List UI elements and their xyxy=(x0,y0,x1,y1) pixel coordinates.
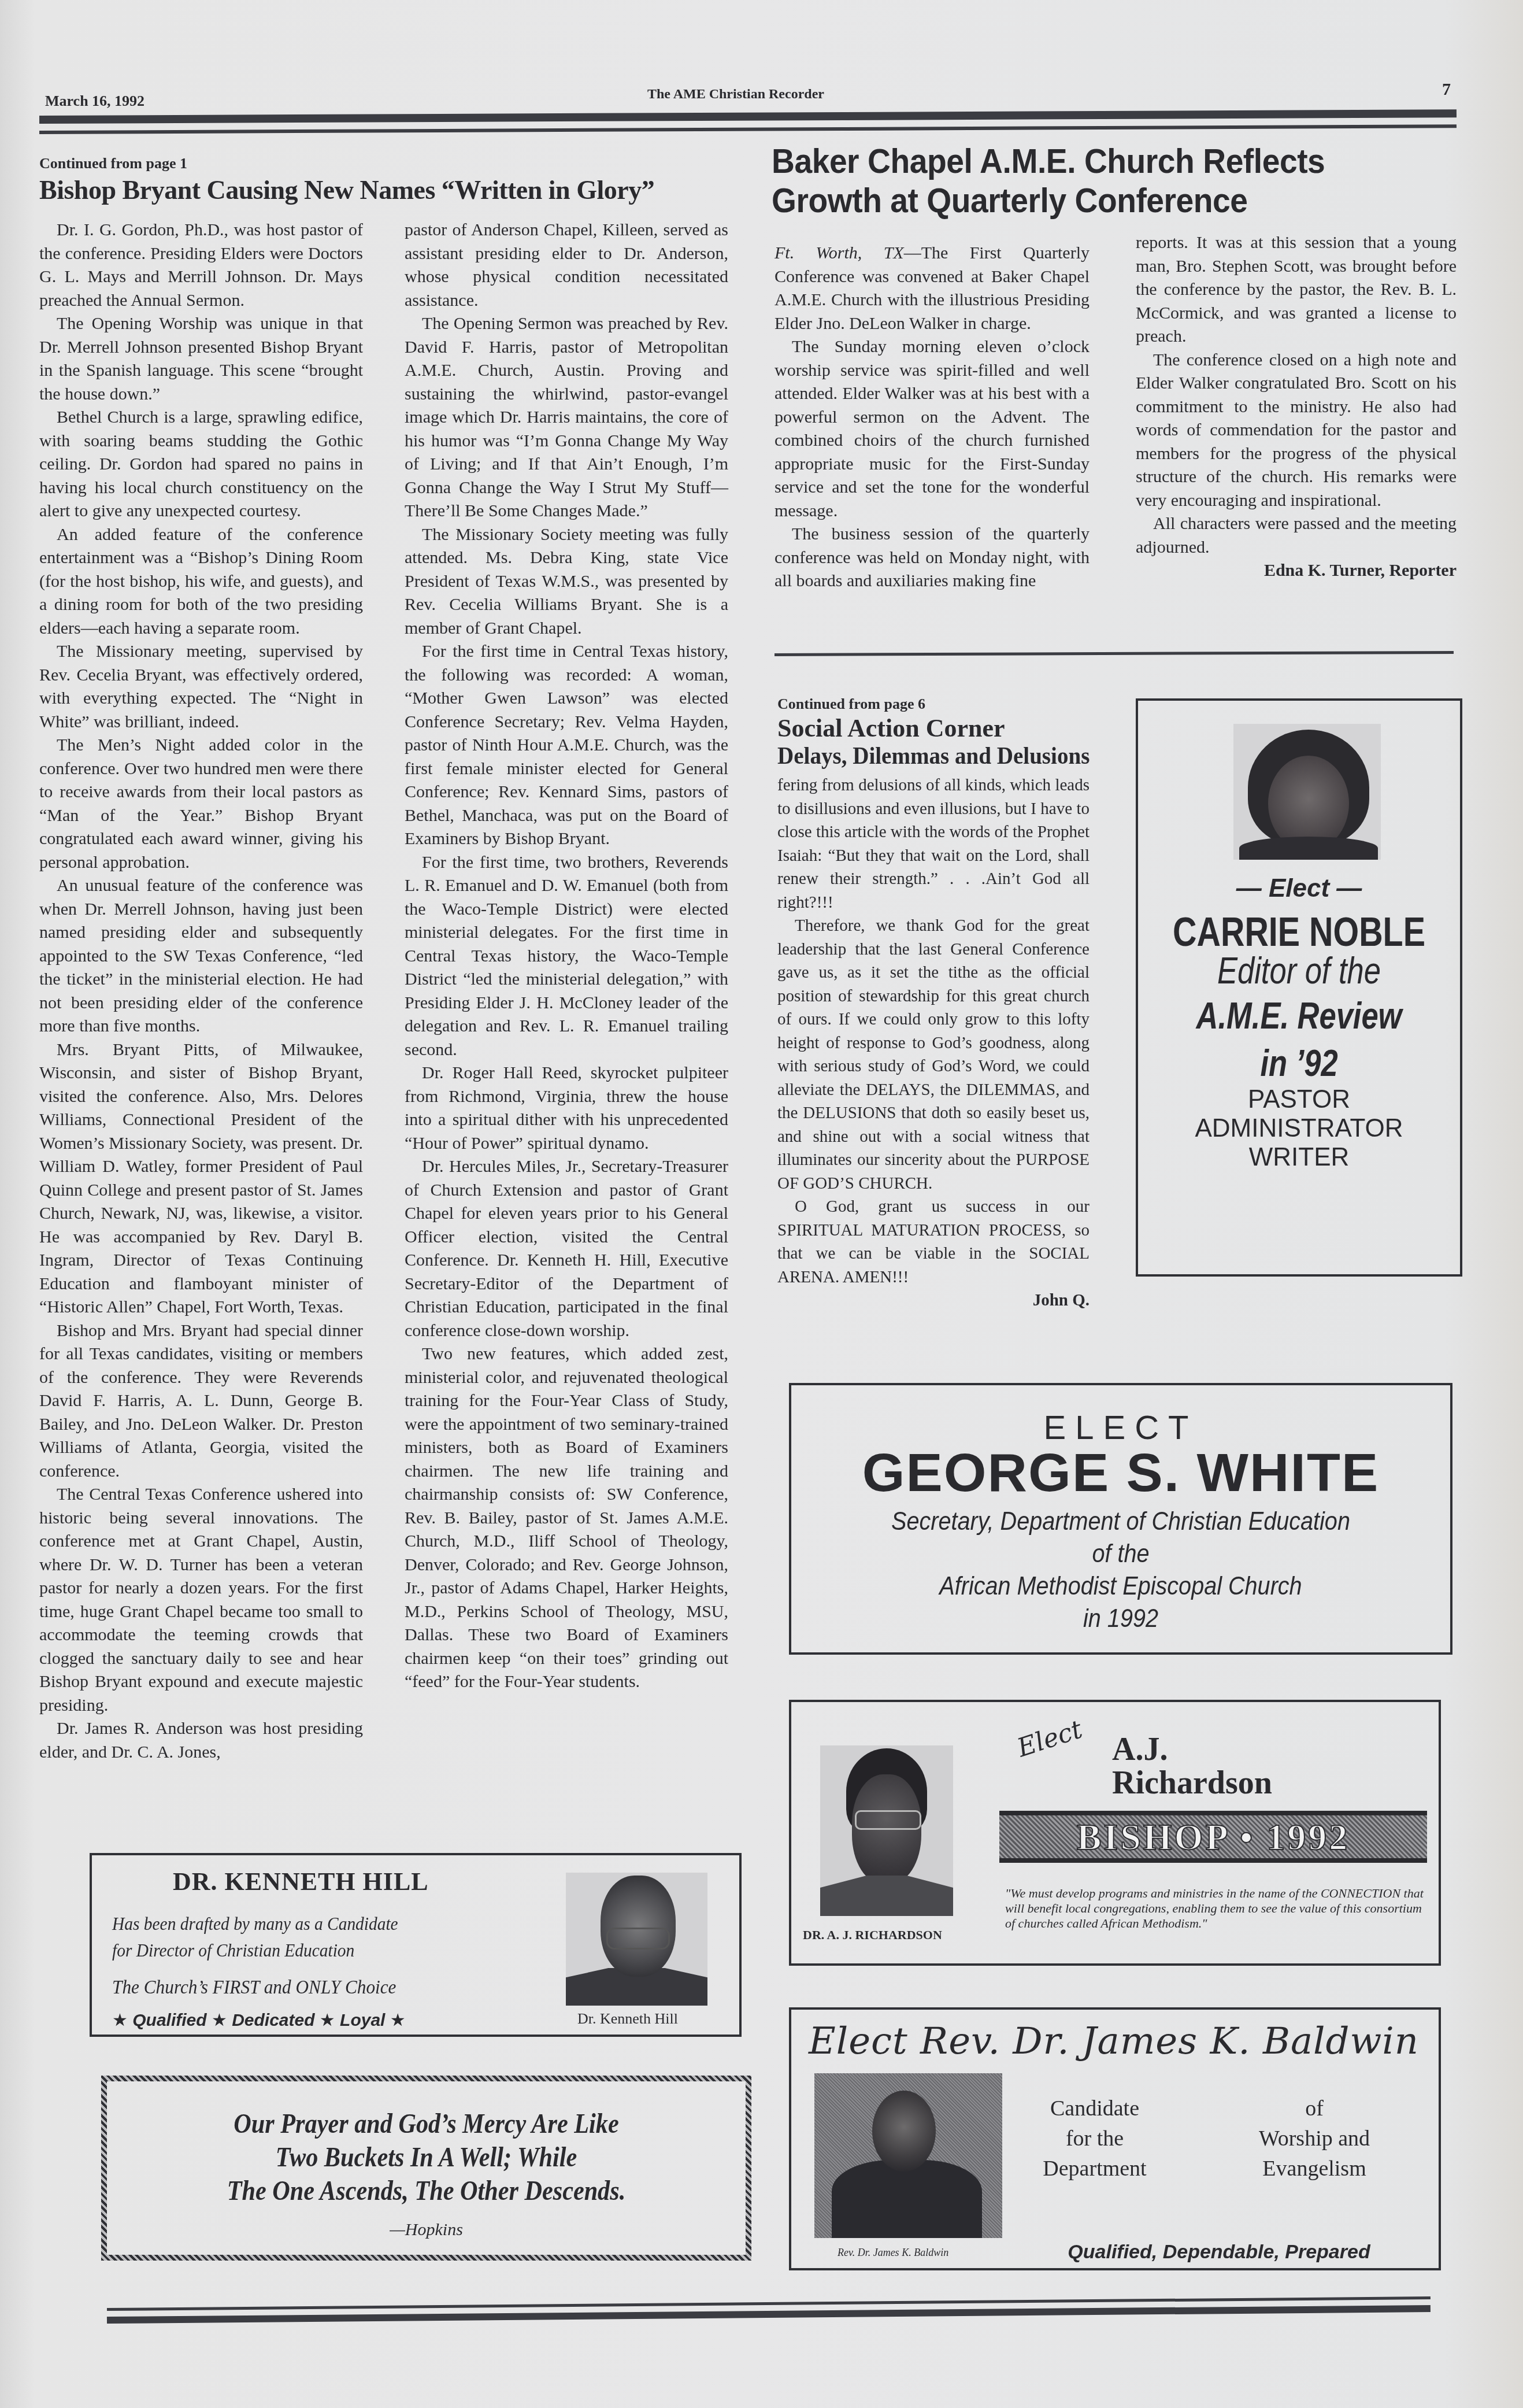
kenneth-hill-ad: DR. KENNETH HILL Has been drafted by man… xyxy=(90,1853,742,2037)
kenneth-hill-choice: The Church’s FIRST and ONLY Choice xyxy=(112,1977,397,1999)
photo-glasses xyxy=(855,1810,921,1830)
paragraph: Dr. Roger Hall Reed, skyrocket pulpiteer… xyxy=(405,1061,728,1155)
role: WRITER xyxy=(1138,1143,1460,1172)
text-line: for Director of Christian Education xyxy=(112,1937,398,1963)
paragraph: For the first time in Central Texas hist… xyxy=(405,640,728,851)
office-line: Secretary, Department of Christian Educa… xyxy=(824,1506,1417,1538)
newspaper-page: March 16, 1992 The AME Christian Recorde… xyxy=(0,0,1523,2408)
prayer-attribution: —Hopkins xyxy=(107,2220,746,2240)
paragraph: The Opening Sermon was preached by Rev. … xyxy=(405,312,728,523)
text-line: Department xyxy=(1017,2154,1173,2184)
kenneth-hill-description: Has been drafted by many as a Candidate … xyxy=(112,1910,398,1963)
paragraph: Ft. Worth, TX—The First Quarterly Confer… xyxy=(775,242,1090,335)
masthead-rule-thick xyxy=(39,109,1457,124)
masthead-rule-thin xyxy=(39,124,1457,134)
paragraph: fering from delusions of all kinds, whic… xyxy=(777,774,1090,914)
james-baldwin-candidate-col2: of Worship and Evangelism xyxy=(1222,2093,1407,2184)
photo-face xyxy=(872,2091,936,2172)
paragraph: The Missionary Society meeting was fully… xyxy=(405,523,728,641)
office-line: in 1992 xyxy=(824,1603,1417,1635)
paragraph: The Central Texas Conference ushered int… xyxy=(39,1483,363,1717)
paragraph: The Men’s Night added color in the confe… xyxy=(39,734,363,874)
dateline: Ft. Worth, TX xyxy=(775,243,904,262)
george-white-elect: ELECT xyxy=(791,1408,1450,1447)
text-line: Worship and xyxy=(1222,2124,1407,2154)
kenneth-hill-photo xyxy=(566,1873,707,2006)
baker-chapel-column-1: Ft. Worth, TX—The First Quarterly Confer… xyxy=(775,242,1090,593)
photo-body xyxy=(832,2160,982,2238)
banner-text: BISHOP • 1992 xyxy=(999,1815,1427,1859)
bryant-column-2: pastor of Anderson Chapel, Killeen, serv… xyxy=(405,219,728,1694)
photo-shoulders xyxy=(1239,837,1378,860)
paragraph: reports. It was at this session that a y… xyxy=(1136,231,1457,349)
james-baldwin-caption: Rev. Dr. James K. Baldwin xyxy=(838,2247,948,2259)
baker-chapel-headline: Baker Chapel A.M.E. Church Reflects Grow… xyxy=(772,142,1410,220)
social-action-byline: John Q. xyxy=(777,1289,1090,1312)
paragraph: The Missionary meeting, supervised by Re… xyxy=(39,640,363,734)
aj-richardson-name-line1: A.J. xyxy=(1112,1731,1168,1768)
text-line: Evangelism xyxy=(1222,2154,1407,2184)
paragraph: An unusual feature of the conference was… xyxy=(39,874,363,1038)
bryant-column-1: Dr. I. G. Gordon, Ph.D., was host pastor… xyxy=(39,219,363,1764)
paragraph: O God, grant us success in our SPIRITUAL… xyxy=(777,1195,1090,1289)
photo-glasses xyxy=(606,1928,670,1950)
baker-chapel-column-2: reports. It was at this session that a y… xyxy=(1136,231,1457,583)
james-baldwin-title: Elect Rev. Dr. James K. Baldwin xyxy=(809,2020,1419,2063)
page-number: 7 xyxy=(1442,80,1451,99)
paragraph: Dr. I. G. Gordon, Ph.D., was host pastor… xyxy=(39,219,363,312)
paragraph: Bishop and Mrs. Bryant had special dinne… xyxy=(39,1319,363,1484)
text-line: Candidate xyxy=(1017,2093,1173,2124)
text-line: for the xyxy=(1017,2124,1173,2154)
baker-chapel-byline: Edna K. Turner, Reporter xyxy=(1136,559,1457,583)
george-white-ad: ELECT GEORGE S. WHITE Secretary, Departm… xyxy=(789,1383,1452,1655)
paragraph: Dr. Hercules Miles, Jr., Secretary-Treas… xyxy=(405,1155,728,1342)
text-line: Has been drafted by many as a Candidate xyxy=(112,1910,398,1937)
aj-richardson-elect: Elect xyxy=(1014,1715,1086,1763)
prayer-quote: Our Prayer and God’s Mercy Are Like Two … xyxy=(145,2107,707,2208)
prayer-quote-box: Our Prayer and God’s Mercy Are Like Two … xyxy=(101,2076,751,2261)
james-baldwin-ad: Elect Rev. Dr. James K. Baldwin Rev. Dr.… xyxy=(789,2007,1441,2270)
paragraph: All characters were passed and the meeti… xyxy=(1136,512,1457,559)
george-white-name: GEORGE S. WHITE xyxy=(781,1443,1460,1504)
bishop-1992-banner: BISHOP • 1992 xyxy=(999,1811,1427,1863)
aj-richardson-ad: Elect A.J. Richardson BISHOP • 1992 DR. … xyxy=(789,1700,1441,1966)
carrie-noble-office-line1: Editor of the xyxy=(1167,949,1431,992)
aj-richardson-quote: "We must develop programs and ministries… xyxy=(1005,1886,1427,1931)
paragraph: An added feature of the conference enter… xyxy=(39,523,363,641)
role: ADMINISTRATOR xyxy=(1138,1114,1460,1143)
aj-richardson-caption: DR. A. J. RICHARDSON xyxy=(803,1928,942,1943)
section-divider xyxy=(775,651,1454,656)
carrie-noble-photo xyxy=(1233,724,1381,860)
kenneth-hill-name: DR. KENNETH HILL xyxy=(173,1867,429,1896)
kenneth-hill-tags: ★ Qualified ★ Dedicated ★ Loyal ★ xyxy=(112,2010,406,2030)
james-baldwin-tagline: Qualified, Dependable, Prepared xyxy=(1028,2241,1410,2263)
carrie-noble-office-line3: in ’92 xyxy=(1167,1042,1431,1085)
bryant-continued-kicker: Continued from page 1 xyxy=(39,155,187,172)
paragraph: Mrs. Bryant Pitts, of Milwaukee, Wiscons… xyxy=(39,1038,363,1319)
paragraph: Therefore, we thank God for the great le… xyxy=(777,914,1090,1195)
carrie-noble-roles: PASTOR ADMINISTRATOR WRITER xyxy=(1138,1085,1460,1172)
james-baldwin-candidate-col1: Candidate for the Department xyxy=(1017,2093,1173,2184)
social-action-title: Social Action Corner xyxy=(777,713,1005,743)
paragraph: The conference closed on a high note and… xyxy=(1136,349,1457,513)
bryant-headline: Bishop Bryant Causing New Names “Written… xyxy=(39,175,654,205)
quote-line: Our Prayer and God’s Mercy Are Like xyxy=(145,2107,707,2141)
paragraph: The Sunday morning eleven o’clock worshi… xyxy=(775,335,1090,523)
paragraph: Two new features, which added zest, mini… xyxy=(405,1342,728,1694)
paragraph: For the first time, two brothers, Revere… xyxy=(405,851,728,1062)
photo-suit xyxy=(820,1876,953,1916)
aj-richardson-name-line2: Richardson xyxy=(1112,1765,1272,1802)
paragraph: The business session of the quarterly co… xyxy=(775,523,1090,593)
photo-face xyxy=(601,1876,676,1977)
paragraph: Bethel Church is a large, sprawling edif… xyxy=(39,406,363,523)
social-action-subtitle: Delays, Dilemmas and Delusions xyxy=(777,742,1090,770)
quote-line: Two Buckets In A Well; While xyxy=(145,2141,707,2174)
social-action-continued-kicker: Continued from page 6 xyxy=(777,696,925,713)
issue-date: March 16, 1992 xyxy=(45,93,144,110)
paragraph: pastor of Anderson Chapel, Killeen, serv… xyxy=(405,219,728,312)
publication-name: The AME Christian Recorder xyxy=(647,87,824,102)
office-line: African Methodist Episcopal Church xyxy=(824,1570,1417,1603)
text-line: of xyxy=(1222,2093,1407,2124)
aj-richardson-photo xyxy=(820,1745,953,1916)
paragraph: Dr. James R. Anderson was host presiding… xyxy=(39,1717,363,1764)
carrie-noble-name: CARRIE NOBLE xyxy=(1167,909,1431,955)
carrie-noble-ad: — Elect — CARRIE NOBLE Editor of the A.M… xyxy=(1136,698,1462,1277)
george-white-office: Secretary, Department of Christian Educa… xyxy=(824,1506,1417,1635)
role: PASTOR xyxy=(1138,1085,1460,1114)
carrie-noble-office-line2: A.M.E. Review xyxy=(1167,994,1431,1037)
office-line: of the xyxy=(824,1538,1417,1570)
paragraph: The Opening Worship was unique in that D… xyxy=(39,312,363,406)
james-baldwin-photo xyxy=(814,2073,1002,2238)
social-action-column: fering from delusions of all kinds, whic… xyxy=(777,774,1090,1312)
quote-line: The One Ascends, The Other Descends. xyxy=(145,2174,707,2208)
carrie-noble-elect: — Elect — xyxy=(1138,874,1460,903)
kenneth-hill-caption: Dr. Kenneth Hill xyxy=(577,2010,678,2028)
